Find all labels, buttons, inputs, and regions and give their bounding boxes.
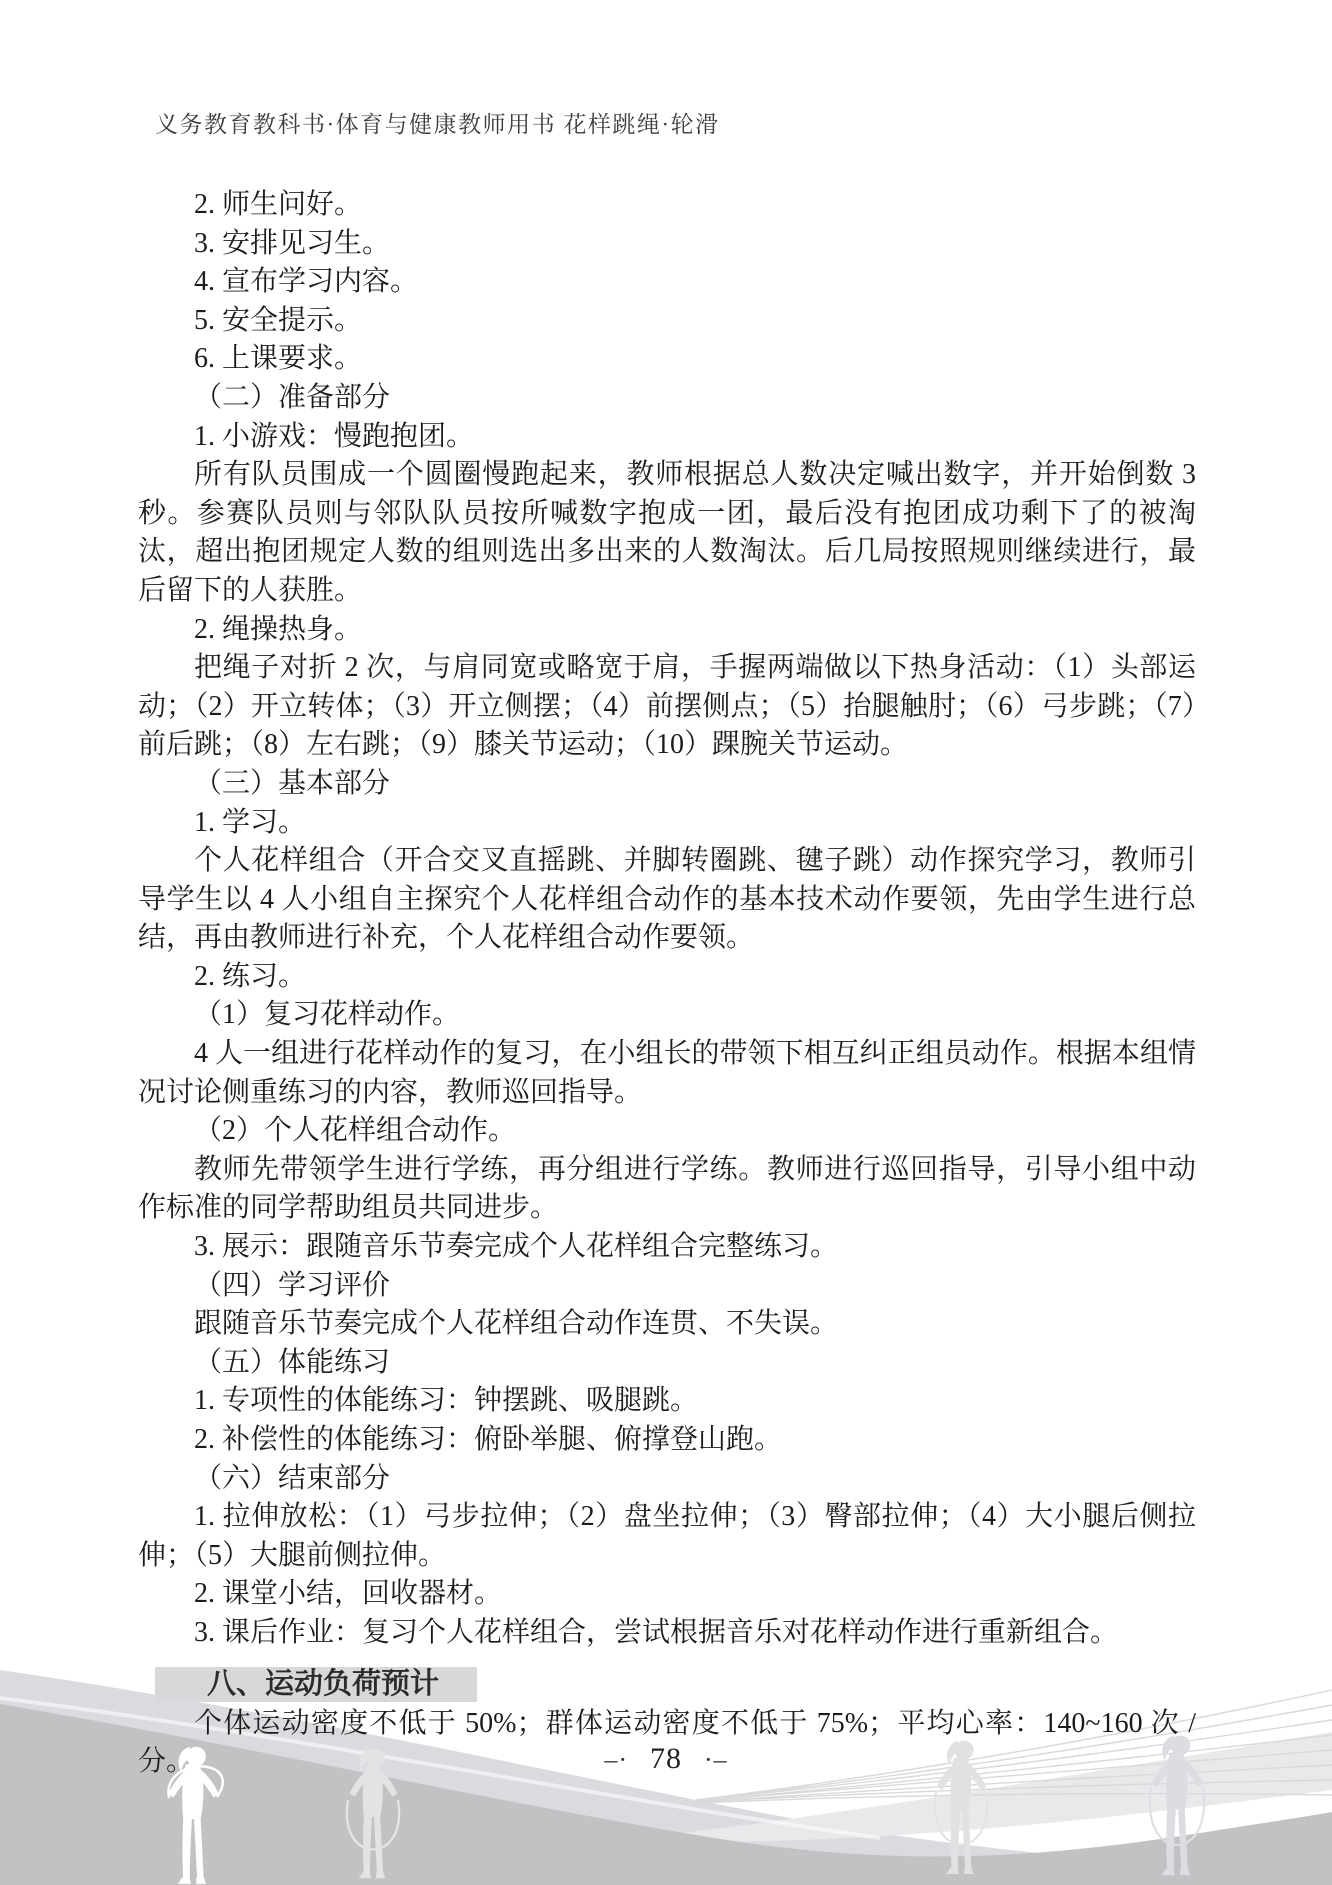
text-paragraph: 5. 安全提示。: [138, 302, 1196, 341]
text-paragraph: 2. 师生问好。: [138, 186, 1196, 225]
text-paragraph: 3. 课后作业：复习个人花样组合，尝试根据音乐对花样动作进行重新组合。: [138, 1614, 1196, 1653]
page-number-row: –·78·–: [0, 1742, 1332, 1776]
text-paragraph: （六）结束部分: [138, 1460, 1196, 1499]
content-blocks: 2. 师生问好。3. 安排见习生。4. 宣布学习内容。5. 安全提示。6. 上课…: [138, 186, 1196, 1782]
text-paragraph: 把绳子对折 2 次，与肩同宽或略宽于肩，手握两端做以下热身活动：（1）头部运动；…: [138, 649, 1196, 765]
text-paragraph: （1）复习花样动作。: [138, 996, 1196, 1035]
text-paragraph: 1. 拉伸放松：（1）弓步拉伸；（2）盘坐拉伸；（3）臀部拉伸；（4）大小腿后侧…: [138, 1498, 1196, 1575]
text-paragraph: （四）学习评价: [138, 1267, 1196, 1306]
text-paragraph: 4 人一组进行花样动作的复习，在小组长的带领下相互纠正组员动作。根据本组情况讨论…: [138, 1035, 1196, 1112]
text-paragraph: 4. 宣布学习内容。: [138, 263, 1196, 302]
text-paragraph: 3. 展示：跟随音乐节奏完成个人花样组合完整练习。: [138, 1228, 1196, 1267]
text-paragraph: 所有队员围成一个圆圈慢跑起来，教师根据总人数决定喊出数字，并开始倒数 3 秒。参…: [138, 456, 1196, 610]
document-page: 义务教育教科书·体育与健康教师用书 花样跳绳·轮滑 2. 师生问好。3. 安排见…: [0, 0, 1332, 1885]
text-paragraph: 个人花样组合（开合交叉直摇跳、并脚转圈跳、毽子跳）动作探究学习，教师引导学生以 …: [138, 842, 1196, 958]
text-paragraph: （五）体能练习: [138, 1344, 1196, 1383]
text-paragraph: 2. 绳操热身。: [138, 611, 1196, 650]
text-paragraph: 3. 安排见习生。: [138, 225, 1196, 264]
text-paragraph: （二）准备部分: [138, 379, 1196, 418]
page-number: 78: [650, 1742, 682, 1775]
text-paragraph: 1. 专项性的体能练习：钟摆跳、吸腿跳。: [138, 1382, 1196, 1421]
folio-ornament-left: –·: [604, 1745, 628, 1774]
text-paragraph: 2. 练习。: [138, 958, 1196, 997]
text-paragraph: 教师先带领学生进行学练，再分组进行学练。教师进行巡回指导，引导小组中动作标准的同…: [138, 1151, 1196, 1228]
text-paragraph: 跟随音乐节奏完成个人花样组合动作连贯、不失误。: [138, 1305, 1196, 1344]
text-paragraph: 1. 小游戏：慢跑抱团。: [138, 418, 1196, 457]
text-paragraph: 2. 补偿性的体能练习：俯卧举腿、俯撑登山跑。: [138, 1421, 1196, 1460]
text-paragraph: 2. 课堂小结，回收器材。: [138, 1575, 1196, 1614]
folio-ornament-right: ·–: [704, 1745, 728, 1774]
section-heading: 八、运动负荷预计: [155, 1667, 477, 1702]
text-paragraph: 1. 学习。: [138, 804, 1196, 843]
text-paragraph: （2）个人花样组合动作。: [138, 1112, 1196, 1151]
text-paragraph: 6. 上课要求。: [138, 340, 1196, 379]
text-paragraph: （三）基本部分: [138, 765, 1196, 804]
running-head: 义务教育教科书·体育与健康教师用书 花样跳绳·轮滑: [155, 106, 720, 139]
